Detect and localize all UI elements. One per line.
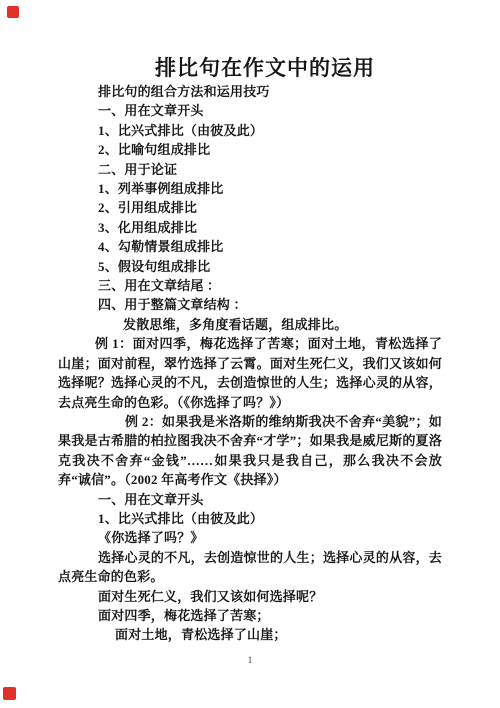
paragraph: 1、比兴式排比（由彼及此） [98,121,442,140]
paragraph: 排比句的组合方法和运用技巧 [98,82,442,101]
paragraph: 面对土地，青松选择了山崖； [115,625,442,644]
paragraph: 发散思维，多角度看话题，组成排比。 [123,315,442,334]
paragraph: 一、用在文章开头 [98,101,442,120]
paragraph-list: 排比句的组合方法和运用技巧一、用在文章开头1、比兴式排比（由彼及此）2、比喻句组… [58,82,442,645]
paragraph: 例 2：如果我是米洛斯的维纳斯我决不舍弃“美貌”；如果我是古希腊的柏拉图我决不舍… [58,412,442,490]
document-content: 排比句在作文中的运用 排比句的组合方法和运用技巧一、用在文章开头1、比兴式排比（… [0,0,500,645]
page-number: 1 [0,655,500,665]
red-corner-mark-bottom-left [3,687,16,700]
paragraph: 二、用于论证 [98,160,442,179]
paragraph: 面对生死仁义，我们又该如何选择呢？ [98,587,442,606]
paragraph: 《你选择了吗？》 [98,528,442,547]
paragraph: 2、比喻句组成排比 [98,140,442,159]
red-corner-mark-top-left [7,6,19,18]
document-page: 排比句在作文中的运用 排比句的组合方法和运用技巧一、用在文章开头1、比兴式排比（… [0,0,500,708]
paragraph: 例 1：面对四季，梅花选择了苦寒；面对土地，青松选择了山崖；面对前程，翠竹选择了… [58,334,442,412]
paragraph: 3、化用组成排比 [98,218,442,237]
paragraph: 1、比兴式排比（由彼及此） [98,509,442,528]
paragraph: 一、用在文章开头 [98,490,442,509]
document-title: 排比句在作文中的运用 [58,54,442,82]
paragraph: 1、列举事例组成排比 [98,179,442,198]
paragraph: 4、勾勒情景组成排比 [98,237,442,256]
paragraph: 2、引用组成排比 [98,198,442,217]
paragraph: 四、用于整篇文章结构 ： [98,295,442,314]
paragraph: 5、假设句组成排比 [98,257,442,276]
paragraph: 三、用在文章结尾 ： [98,276,442,295]
paragraph: 选择心灵的不凡，去创造惊世的人生；选择心灵的从容，去点亮生命的色彩。 [58,548,442,587]
paragraph: 面对四季，梅花选择了苦寒； [98,606,442,625]
